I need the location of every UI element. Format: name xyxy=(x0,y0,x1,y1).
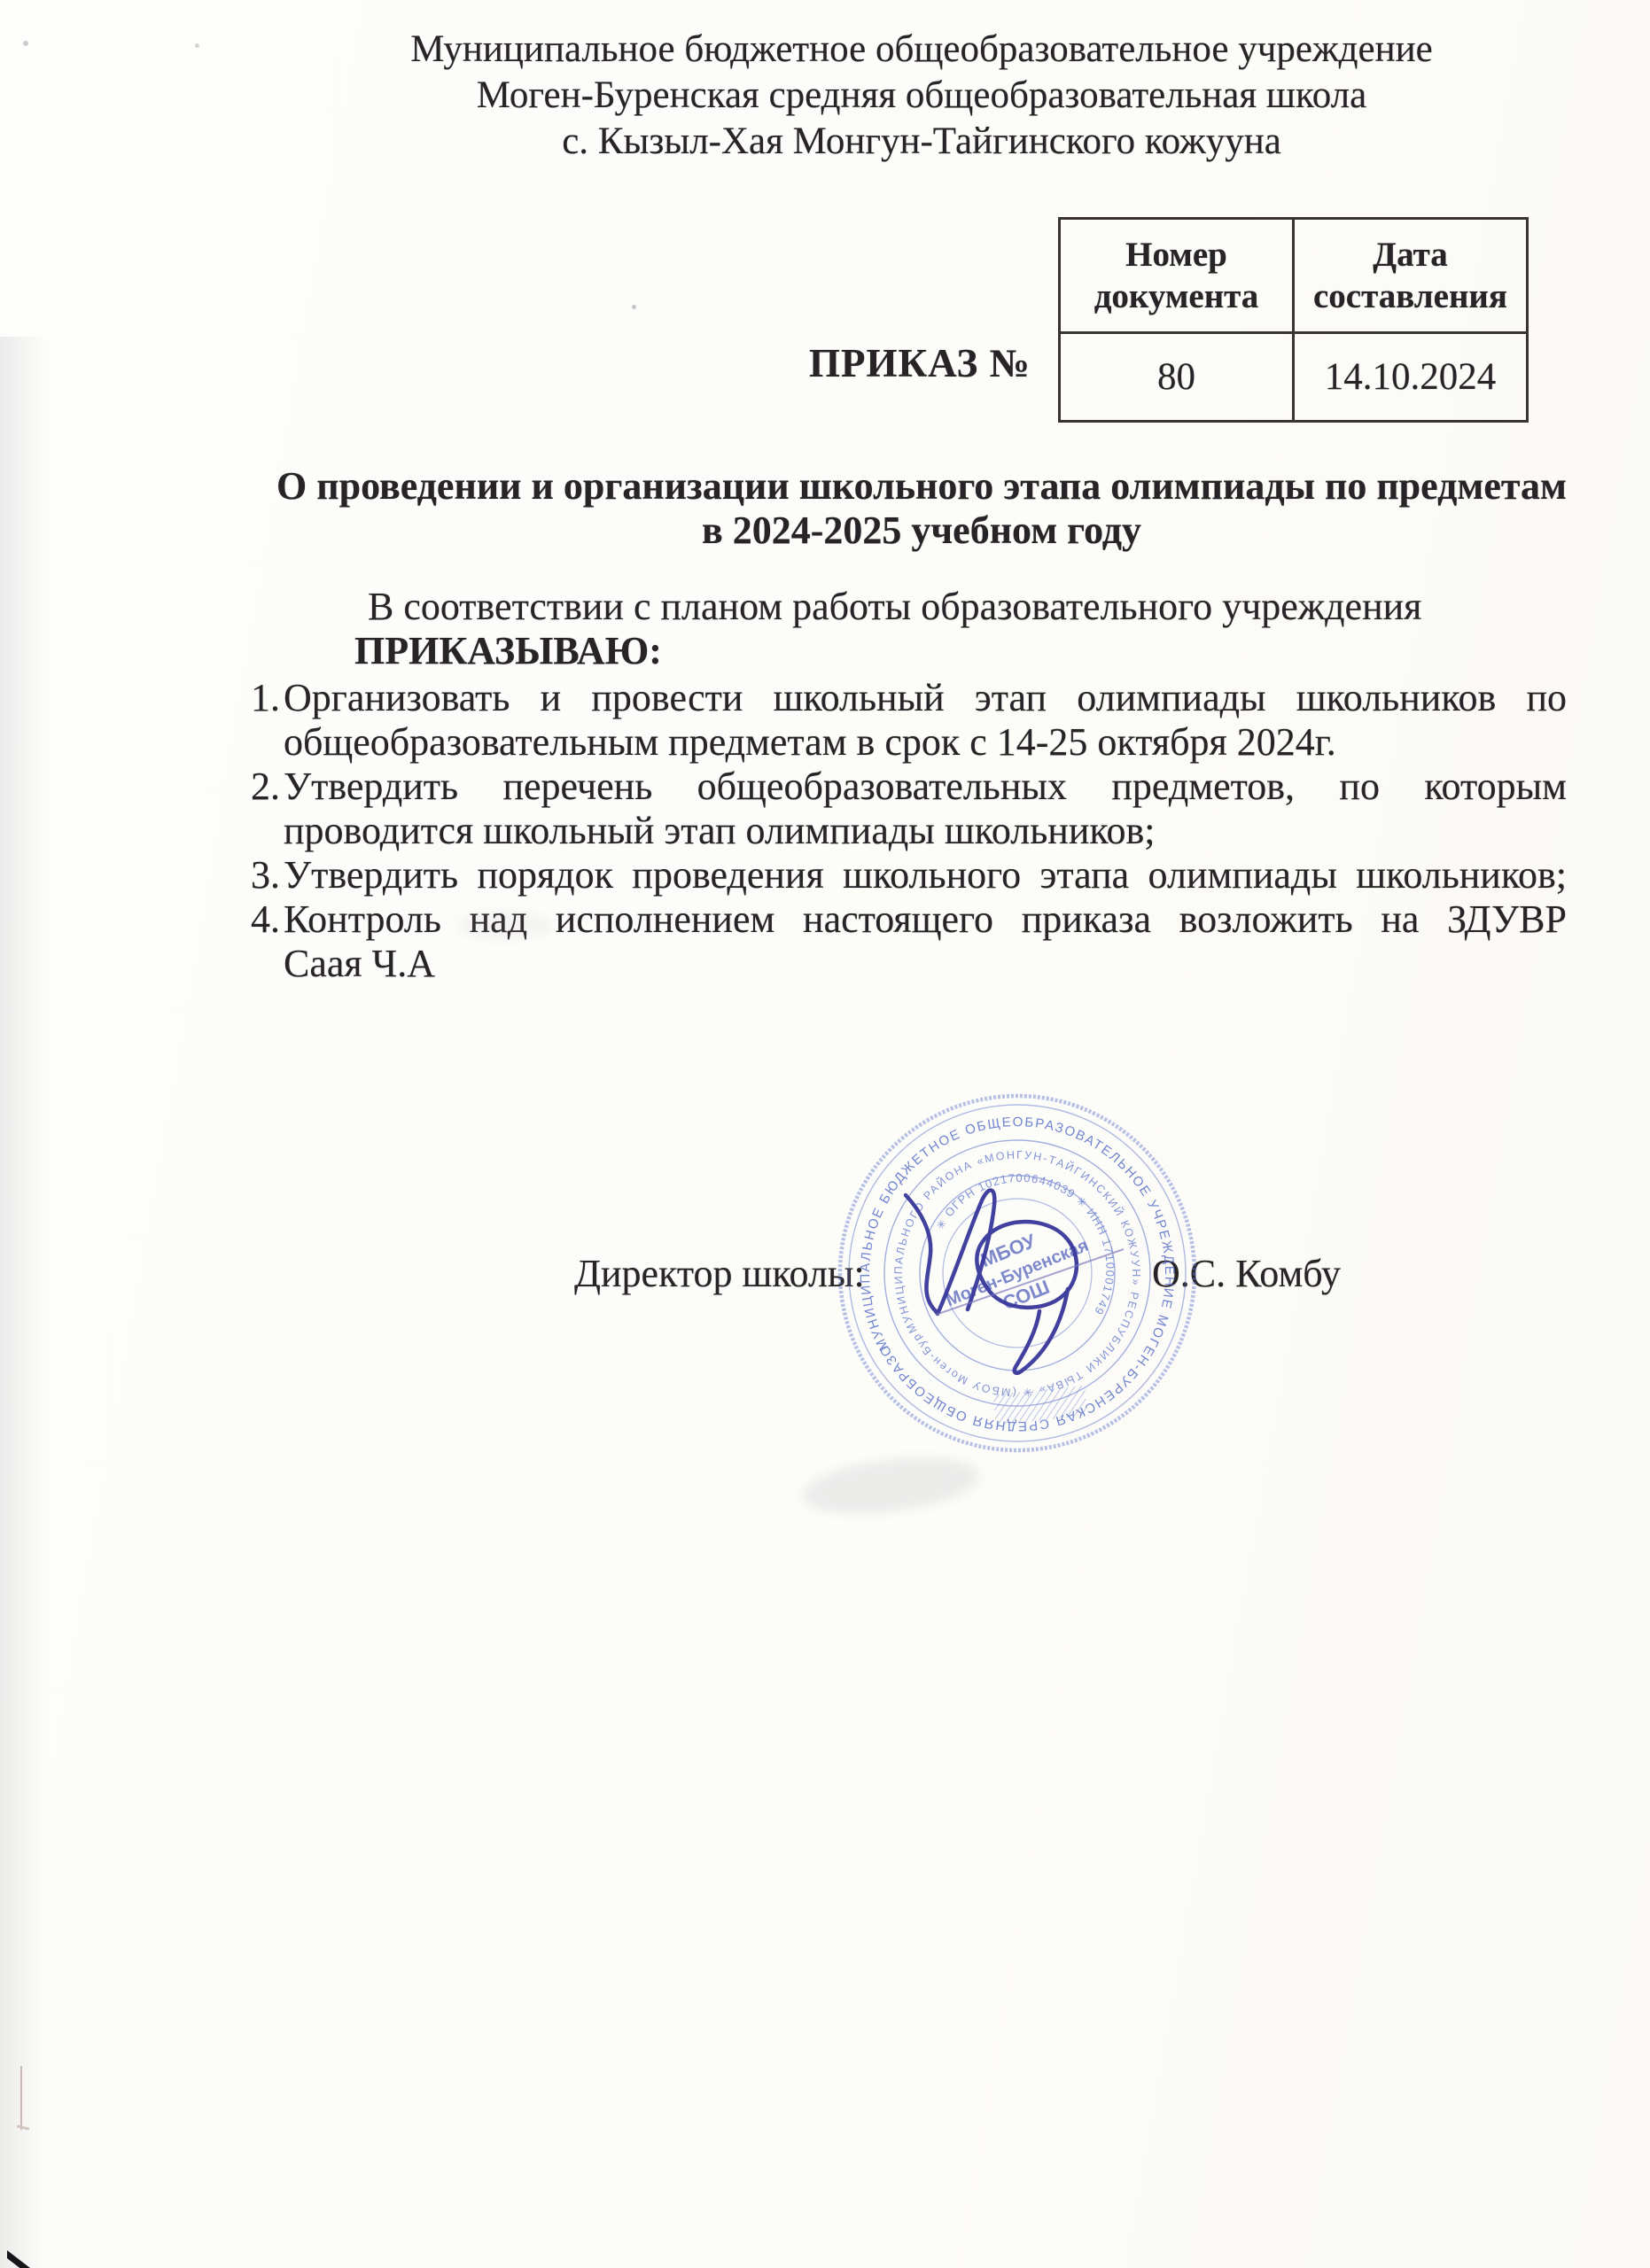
organization-header: Муниципальное бюджетное общеобразователь… xyxy=(213,27,1631,165)
faint-smudge xyxy=(456,911,554,941)
item-number: 4. xyxy=(251,897,280,942)
director-label: Директор школы: xyxy=(574,1251,865,1296)
signature-stroke xyxy=(1015,1289,1068,1373)
scan-edge-shadow xyxy=(0,337,46,2268)
scanned-order-document: Муниципальное бюджетное общеобразователь… xyxy=(0,0,1650,2268)
doc-number-value: 80 xyxy=(1060,333,1294,422)
paper-speck xyxy=(632,305,636,309)
paper-speck xyxy=(23,41,28,46)
list-item: 1. Организовать и провести школьный этап… xyxy=(251,676,1567,765)
item-text-line: проводится школьный этап олимпиады школь… xyxy=(284,809,1567,853)
list-item: 4. Контроль над исполнением настоящего п… xyxy=(251,897,1567,986)
org-name-line2: Моген-Буренская средняя общеобразователь… xyxy=(213,73,1631,119)
signature-thin-stroke xyxy=(936,1249,1124,1315)
order-title: О проведении и организации школьного эта… xyxy=(213,464,1631,553)
director-signature-ink xyxy=(886,1183,1143,1395)
item-text-line: Организовать и провести школьный этап ол… xyxy=(284,676,1567,720)
signature-stroke xyxy=(906,1191,994,1314)
order-body: В соответствии с планом работы образоват… xyxy=(251,585,1567,986)
paper-speck xyxy=(195,43,199,48)
scan-scratch-line xyxy=(20,2066,22,2130)
item-text-line: Саая Ч.А xyxy=(284,942,1567,986)
order-registration-table: Номер документа Дата составления 80 14.1… xyxy=(1058,217,1529,423)
item-text-line: Утвердить порядок проведения школьного э… xyxy=(284,853,1567,897)
table-value-row: 80 14.10.2024 xyxy=(1060,333,1528,422)
order-title-line1: О проведении и организации школьного эта… xyxy=(213,464,1631,509)
order-title-line2: в 2024-2025 учебном году xyxy=(213,509,1631,553)
doc-number-header-cell: Номер документа xyxy=(1060,219,1294,333)
list-item: 3. Утвердить порядок проведения школьног… xyxy=(251,853,1567,897)
decree-word: ПРИКАЗЫВАЮ: xyxy=(251,629,1567,673)
list-item: 2. Утвердить перечень общеобразовательны… xyxy=(251,765,1567,853)
item-number: 2. xyxy=(251,765,280,809)
item-number: 3. xyxy=(251,853,280,897)
table-header-row: Номер документа Дата составления xyxy=(1060,219,1528,333)
item-text-line: Утвердить перечень общеобразовательных п… xyxy=(284,765,1567,809)
intro-paragraph: В соответствии с планом работы образоват… xyxy=(251,585,1567,629)
item-number: 1. xyxy=(251,676,280,720)
order-label: ПРИКАЗ № xyxy=(809,340,1031,386)
org-name-line1: Муниципальное бюджетное общеобразователь… xyxy=(213,27,1631,73)
org-location-line: с. Кызыл-Хая Монгун-Тайгинского кожууна xyxy=(213,119,1631,165)
ink-smudge xyxy=(799,1449,982,1522)
item-text-line: общеобразовательным предметам в срок с 1… xyxy=(284,720,1567,765)
doc-date-value: 14.10.2024 xyxy=(1294,333,1528,422)
order-items-list: 1. Организовать и провести школьный этап… xyxy=(251,676,1567,986)
doc-date-header-cell: Дата составления xyxy=(1294,219,1528,333)
